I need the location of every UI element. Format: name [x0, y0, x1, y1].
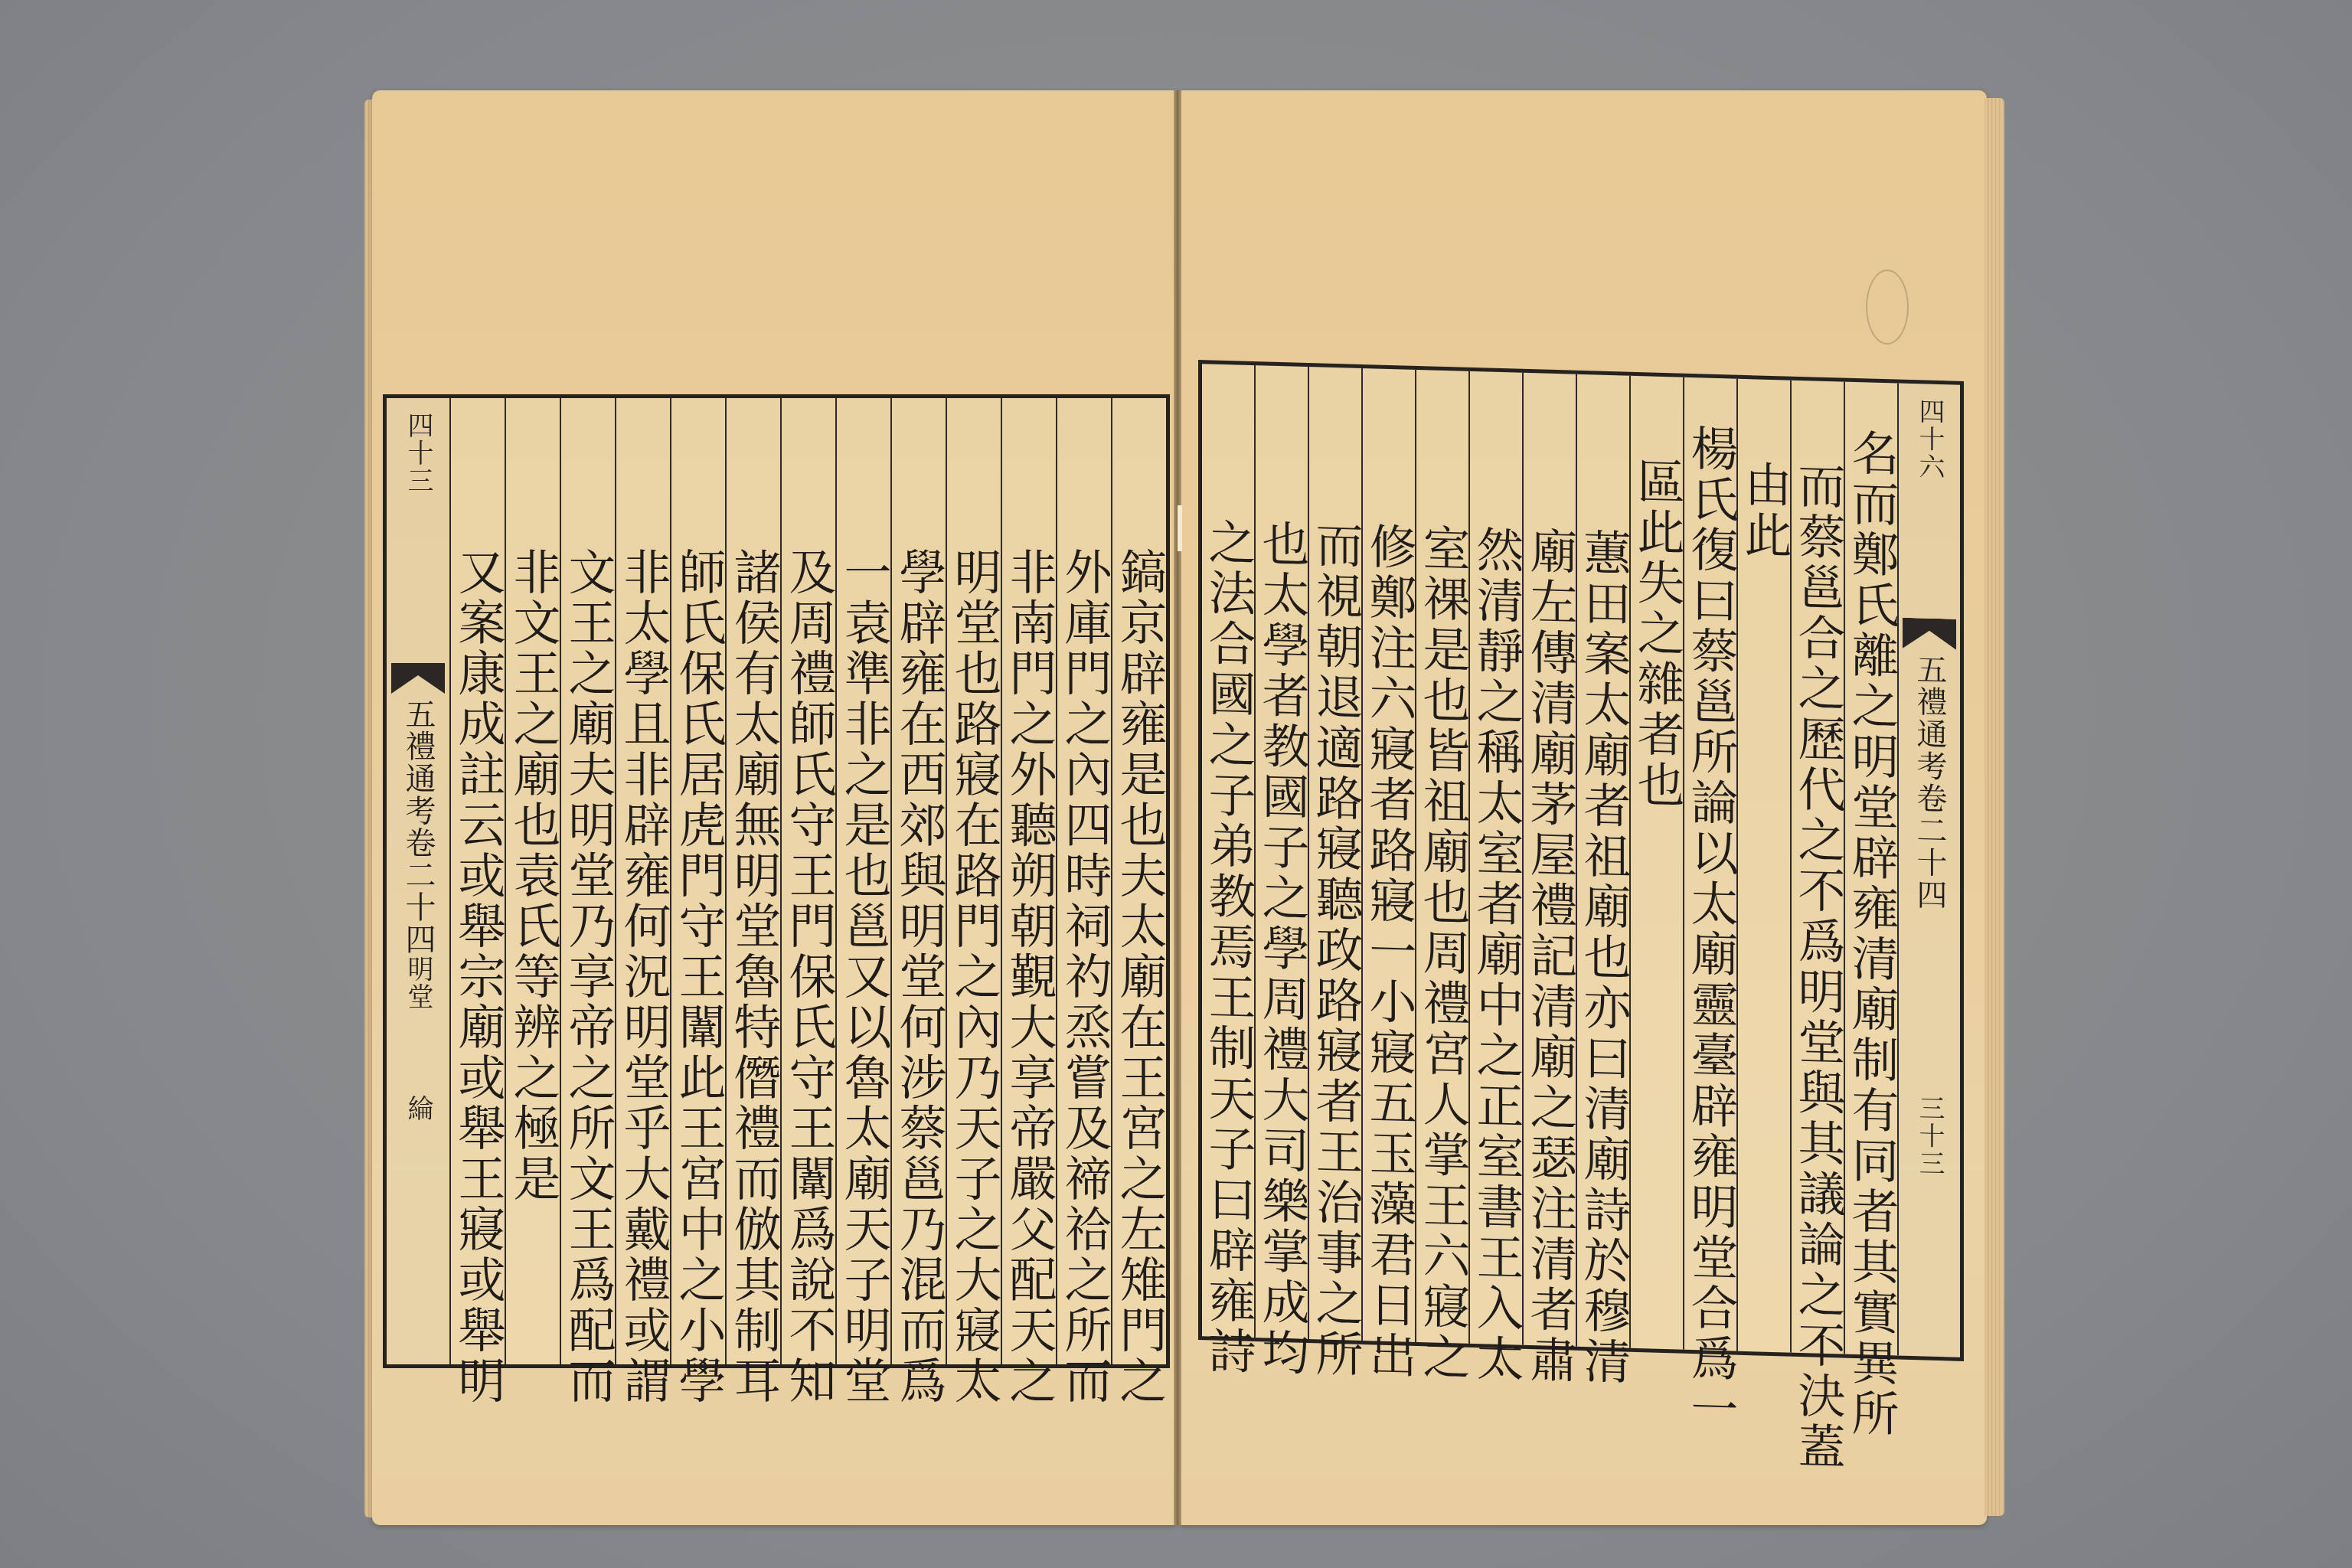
margin-top-label: 四十六	[1916, 397, 1942, 481]
column-text: 師氏保氏居虎門守王闈此王宮中之小學	[675, 547, 722, 1406]
fish-tail-mark-icon	[1903, 618, 1956, 650]
column-text: 外庫門之內四時祠礿烝嘗及禘祫之所而	[1060, 547, 1108, 1406]
column-text: 文王之廟夫明堂乃享帝之所文王爲配而	[564, 547, 612, 1406]
margin-top-label: 四十三	[405, 412, 431, 495]
margin-section-label: 明堂	[405, 955, 431, 1011]
column-text: 非文王之廟也袁氏等辨之極是	[509, 547, 557, 1204]
binding-thread	[1178, 505, 1182, 551]
column-text: 非南門之外聽朔朝覲大享帝嚴父配天之	[1005, 547, 1053, 1406]
column-text: 室祼是也皆祖廟也周禮宮人掌王六寢之	[1419, 523, 1466, 1383]
text-column: 非文王之廟也袁氏等辨之極是	[505, 398, 560, 1364]
text-column: 外庫門之內四時祠礿烝嘗及禘祫之所而	[1056, 398, 1111, 1364]
column-text: 及周禮師氏守王門保氏守王闈爲說不知	[785, 547, 832, 1406]
text-column: 非南門之外聽朔朝覲大享帝嚴父配天之	[1001, 398, 1056, 1364]
text-column: 廟左傳清廟茅屋禮記清廟之瑟注清者肅	[1522, 373, 1576, 1347]
text-column: 蕙田案太廟者祖廟也亦曰清廟詩於穆清	[1576, 374, 1629, 1348]
margin-book-title: 五禮通考卷二十四	[1914, 653, 1945, 911]
column-text: 修鄭注六寢者路寢一小寢五玉藻君日出	[1365, 521, 1413, 1382]
text-column: 楊氏復曰蔡邕所論以太廟靈臺辟雍明堂合爲一	[1683, 377, 1736, 1351]
column-text: 名而鄭氏離之明堂辟雍清廟制有同者其實異所	[1847, 428, 1895, 1440]
column-text: 而視朝退適路寢聽政路寢者王治事之所	[1312, 520, 1359, 1380]
text-column: 師氏保氏居虎門守王闈此王宮中之小學	[670, 398, 725, 1364]
fish-tail-mark-icon	[391, 663, 445, 694]
faded-seal-stamp	[1866, 269, 1909, 345]
column-text: 學辟雍在西郊與明堂何涉蔡邕乃混而爲	[895, 547, 942, 1406]
column-text: 一袁準非之是也邕又以魯太廟天子明堂	[840, 547, 887, 1406]
column-text: 鎬京辟雍是也夫太廟在王宮之左雉門之	[1116, 547, 1163, 1406]
book-gutter	[1174, 90, 1181, 1525]
text-column: 也太學者教國子之學周禮大司樂掌成均	[1254, 365, 1308, 1339]
column-text: 楊氏復曰蔡邕所論以太廟靈臺辟雍明堂合爲一	[1687, 423, 1734, 1436]
center-margin-strip: 四十三 五禮通考卷二十四 明堂 綸	[387, 398, 449, 1364]
margin-bottom-label: 綸	[405, 1095, 431, 1122]
right-page-edges	[1984, 98, 2004, 1516]
text-column: 非太學且非辟雍何況明堂乎大戴禮或謂	[615, 398, 670, 1364]
center-margin-strip: 四十六 五禮通考卷二十四 三十三	[1897, 384, 1960, 1357]
text-column: 又案康成註云或舉宗廟或舉王寢或舉明	[449, 398, 505, 1364]
text-column: 名而鄭氏離之明堂辟雍清廟制有同者其實異所	[1844, 382, 1897, 1356]
column-text: 又案康成註云或舉宗廟或舉王寢或舉明	[454, 547, 501, 1406]
column-text: 廟左傳清廟茅屋禮記清廟之瑟注清者肅	[1526, 526, 1573, 1387]
right-text-frame: 四十六 五禮通考卷二十四 三十三 名而鄭氏離之明堂辟雍清廟制有同者其實異所 而蔡…	[1198, 360, 1964, 1361]
text-column: 而蔡邕合之歷代之不爲明堂與其議論之不決蓋	[1790, 381, 1844, 1354]
margin-book-title: 五禮通考卷二十四	[403, 698, 433, 955]
text-column: 而視朝退適路寢聽政路寢者王治事之所	[1308, 367, 1361, 1341]
text-column: 鎬京辟雍是也夫太廟在王宮之左雉門之	[1111, 398, 1166, 1364]
text-column: 及周禮師氏守王門保氏守王闈爲說不知	[780, 398, 835, 1364]
text-column: 然清靜之稱太室者廟中之正室書王入太	[1468, 371, 1522, 1345]
column-text: 也太學者教國子之學周禮大司樂掌成均	[1258, 518, 1305, 1379]
column-text: 非太學且非辟雍何況明堂乎大戴禮或謂	[619, 547, 667, 1406]
column-text: 由此	[1740, 459, 1788, 562]
margin-page-number: 三十三	[1916, 1094, 1942, 1178]
column-text: 區此失之雜者也	[1633, 456, 1681, 812]
text-column: 一袁準非之是也邕又以魯太廟天子明堂	[835, 398, 890, 1364]
text-column: 由此	[1736, 379, 1790, 1353]
column-text: 諸侯有太廟無明堂魯特僭禮而倣其制耳	[730, 547, 777, 1406]
text-column: 諸侯有太廟無明堂魯特僭禮而倣其制耳	[725, 398, 780, 1364]
column-text: 之法合國之子弟教焉王制天子曰辟雍詩	[1204, 517, 1252, 1377]
text-column: 之法合國之子弟教焉王制天子曰辟雍詩	[1202, 364, 1254, 1338]
column-text: 明堂也路寢在路門之內乃天子之大寢太	[950, 547, 998, 1406]
text-column: 室祼是也皆祖廟也周禮宮人掌王六寢之	[1415, 370, 1468, 1344]
text-column: 修鄭注六寢者路寢一小寢五玉藻君日出	[1361, 368, 1415, 1342]
text-column: 文王之廟夫明堂乃享帝之所文王爲配而	[560, 398, 615, 1364]
text-column: 明堂也路寢在路門之內乃天子之大寢太	[946, 398, 1001, 1364]
text-column: 區此失之雜者也	[1629, 376, 1683, 1350]
left-text-frame: 鎬京辟雍是也夫太廟在王宮之左雉門之 外庫門之內四時祠礿烝嘗及禘祫之所而 非南門之…	[383, 394, 1170, 1368]
column-text: 蕙田案太廟者祖廟也亦曰清廟詩於穆清	[1579, 528, 1627, 1388]
column-text: 而蔡邕合之歷代之不爲明堂與其議論之不決蓋	[1794, 461, 1841, 1473]
text-column: 學辟雍在西郊與明堂何涉蔡邕乃混而爲	[890, 398, 946, 1364]
column-text: 然清靜之稱太室者廟中之正室書王入太	[1472, 524, 1520, 1385]
